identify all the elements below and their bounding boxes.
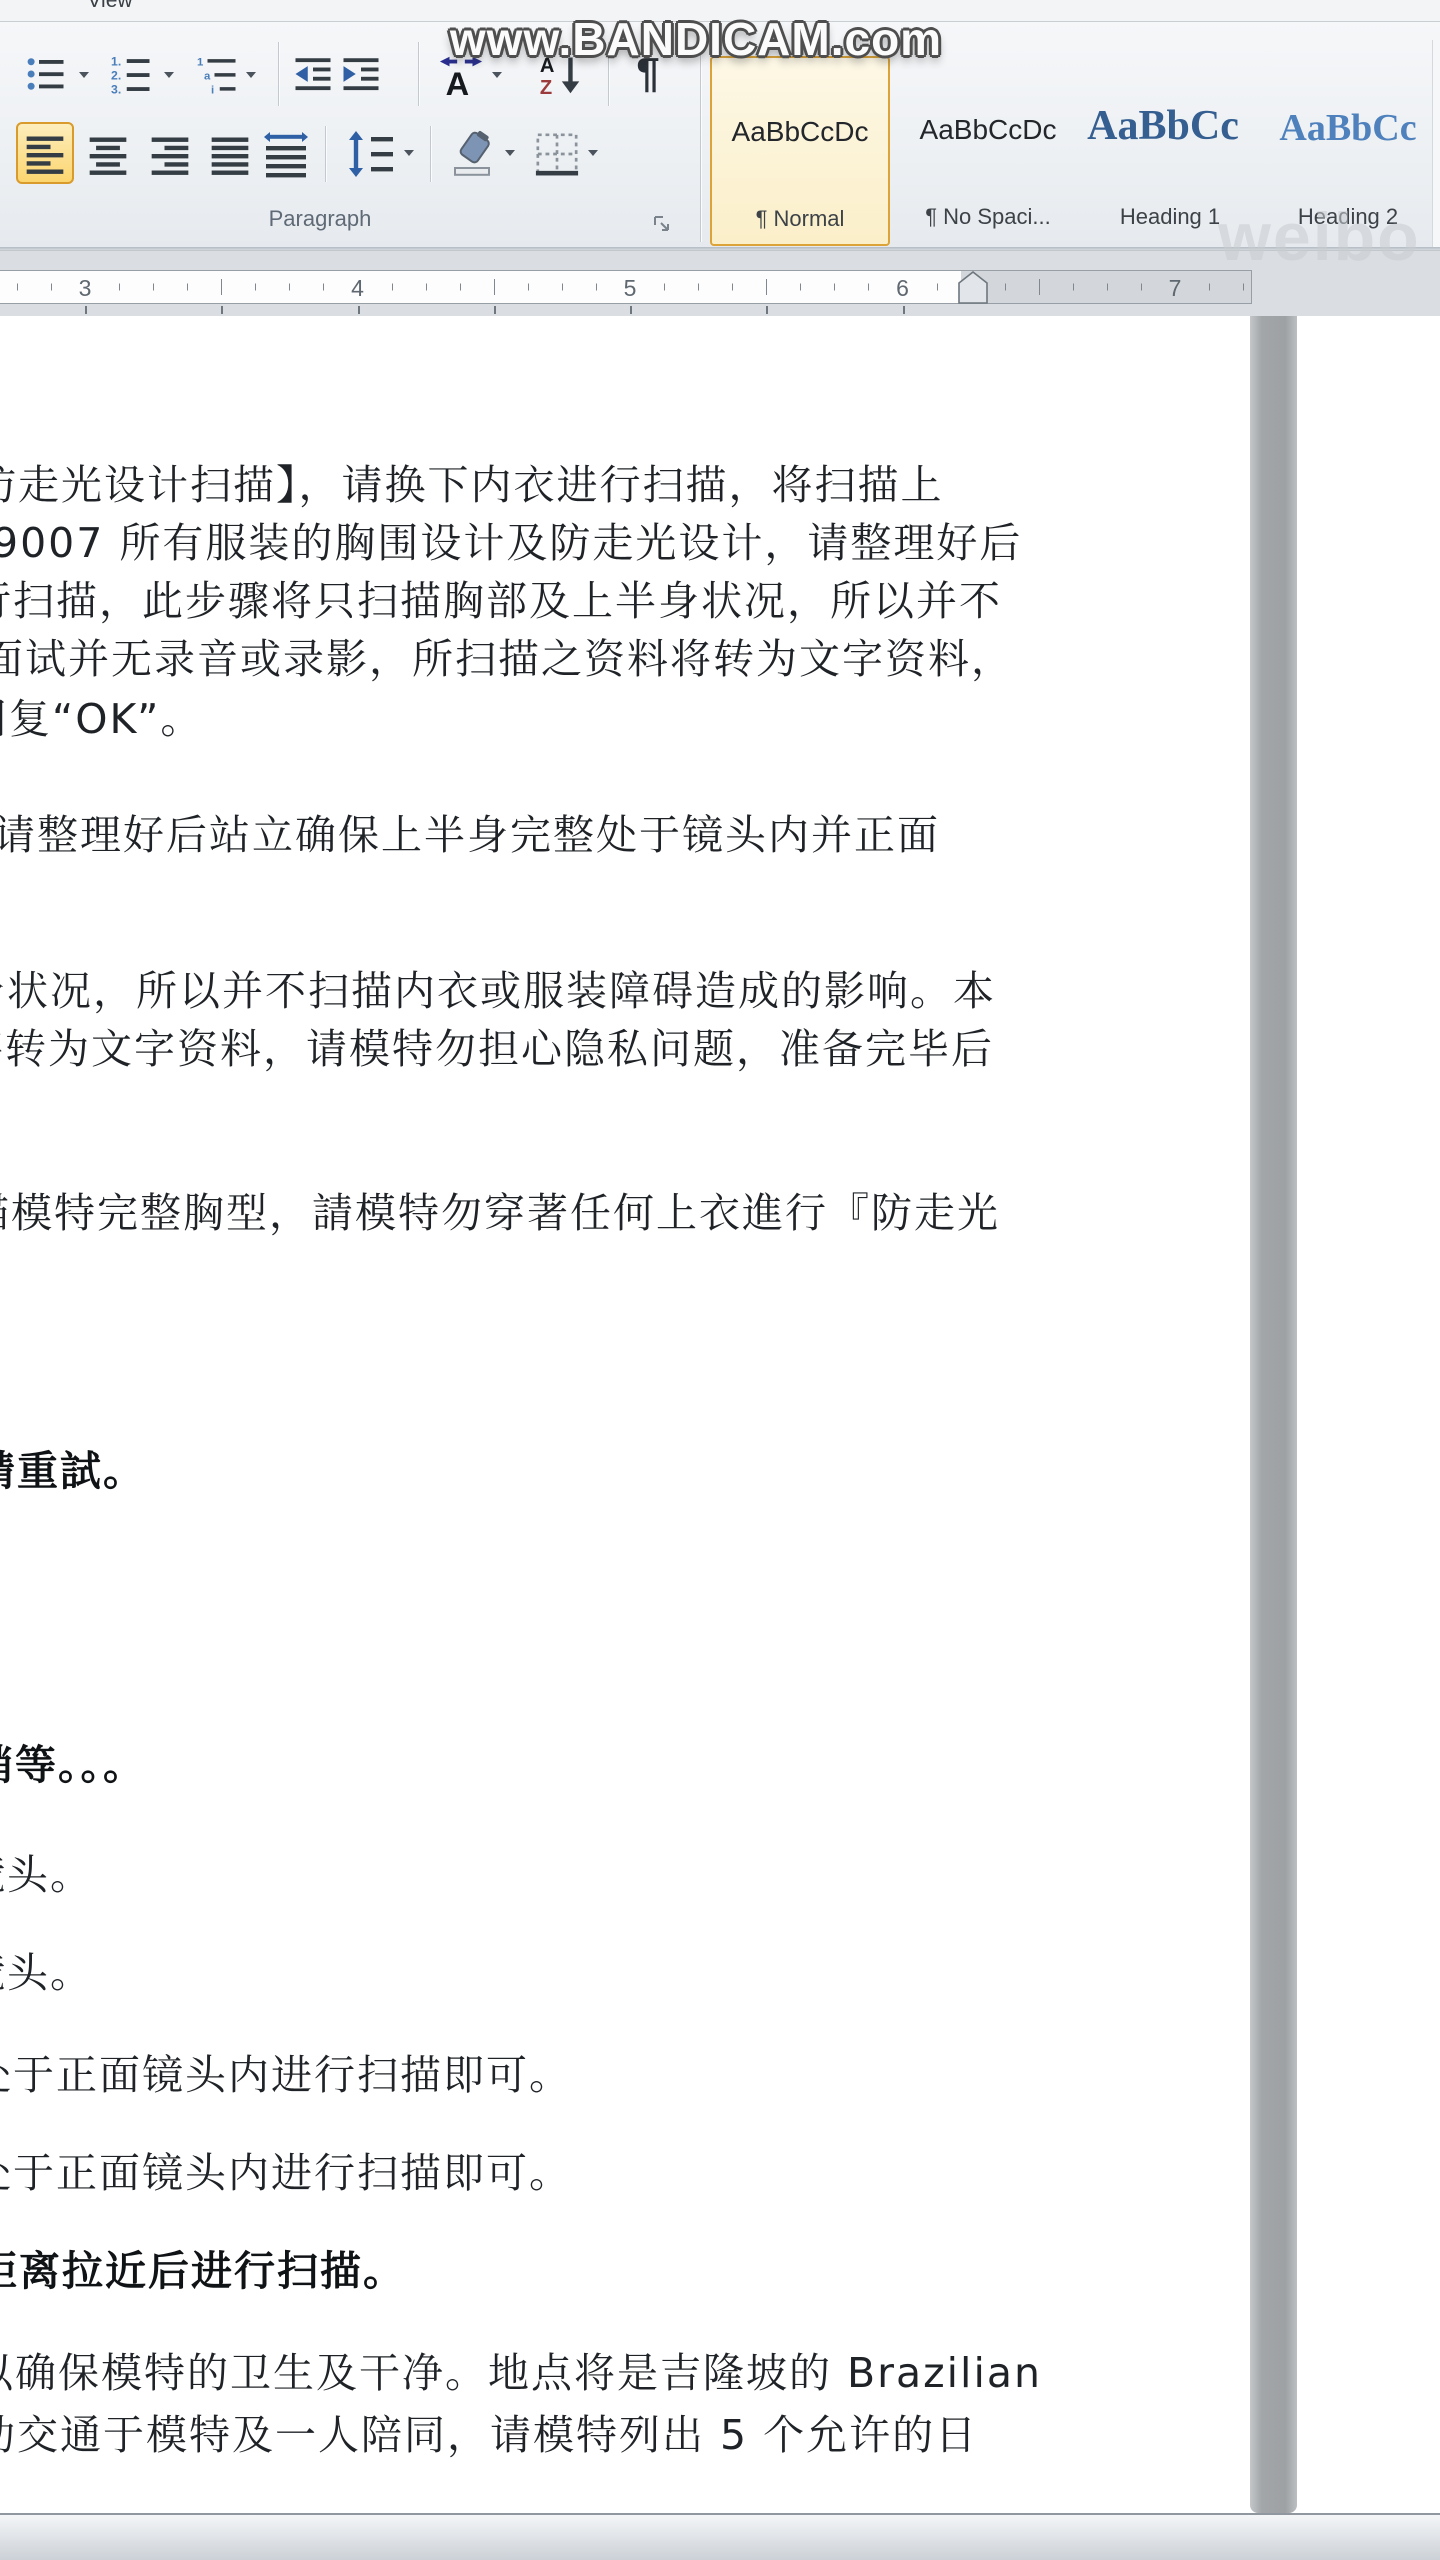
style-sample: AaBbCc — [1264, 106, 1432, 150]
ruler-number: 4 — [351, 275, 364, 302]
line-spacing-icon — [347, 130, 395, 178]
document-text-line: 防走光设计扫描】，请换下内衣进行扫描，将扫描上 — [0, 462, 944, 508]
document-text-line: 助交通于模特及一人陪同，请模特列出 5 个允许的日 — [0, 2412, 978, 2458]
numbering-dropdown[interactable] — [164, 72, 174, 78]
ruler-tick — [766, 279, 767, 295]
ruler-number: 6 — [896, 275, 909, 302]
ruler-tick — [1243, 284, 1244, 291]
style-label: ¶ Normal — [712, 206, 888, 232]
ruler-tick — [289, 284, 290, 291]
shading-icon — [449, 130, 497, 178]
status-bar[interactable] — [0, 2513, 1440, 2560]
ruler-tick — [255, 284, 256, 291]
weibo-watermark: weibo — [1218, 198, 1440, 276]
document-text-line: 销等。。。 — [0, 1742, 146, 1788]
ruler-tick — [17, 284, 18, 291]
paragraph-dialog-launcher[interactable] — [652, 214, 672, 234]
style-chip-no-spacing[interactable]: AaBbCcDc ¶ No Spaci... — [898, 56, 1078, 246]
justify-button[interactable] — [202, 128, 258, 180]
align-left-button[interactable] — [16, 122, 74, 184]
ruler-tick — [1005, 284, 1006, 291]
ruler-tick — [153, 284, 154, 291]
ruler-tick — [562, 284, 563, 291]
style-chip-normal[interactable]: AaBbCcDc ¶ Normal — [710, 56, 890, 246]
align-center-icon — [86, 132, 130, 176]
line-spacing-button[interactable] — [340, 128, 402, 180]
document-text-line: 回复“OK”。 — [0, 696, 203, 742]
decrease-indent-button[interactable] — [290, 50, 336, 98]
multilevel-list-button[interactable]: 1 a i — [190, 50, 246, 98]
document-text-line: 行扫描，此步骤将只扫描胸部及上半身状况，所以并不 — [0, 578, 1002, 624]
horizontal-ruler[interactable]: 34567 — [0, 270, 1252, 304]
document-text-line: 請重試。 — [0, 1448, 146, 1494]
svg-text:1: 1 — [197, 56, 203, 68]
align-left-icon — [23, 131, 67, 175]
align-right-icon — [148, 132, 192, 176]
tab-stop-mark — [630, 306, 632, 314]
ruler-tick — [834, 284, 835, 291]
separator — [430, 126, 431, 182]
ruler-tick — [528, 284, 529, 291]
document-text-line: 描模特完整胸型，請模特勿穿著任何上衣進行『防走光 — [0, 1190, 1000, 1236]
increase-indent-button[interactable] — [338, 50, 384, 98]
svg-text:3.: 3. — [111, 82, 121, 95]
ruler-tick — [868, 284, 869, 291]
shading-button[interactable] — [444, 128, 502, 180]
multilevel-list-icon: 1 a i — [197, 53, 239, 95]
borders-button[interactable] — [528, 128, 586, 180]
shading-dropdown[interactable] — [505, 150, 515, 156]
document-text-line: 镜头。 — [0, 1950, 93, 1996]
document-text-line: 请整理好后站立确保上半身完整处于镜头内并正面 — [0, 812, 940, 858]
paragraph-group-label: Paragraph — [240, 206, 400, 232]
svg-text:1.: 1. — [111, 54, 121, 68]
borders-dropdown[interactable] — [588, 150, 598, 156]
document-text-line: 身状况，所以并不扫描内衣或服装障碍造成的影响。本 — [0, 968, 996, 1014]
tab-stop-mark — [85, 306, 87, 314]
tab-stop-mark — [766, 306, 768, 314]
ruler-tick — [800, 284, 801, 291]
ruler-tick — [698, 284, 699, 291]
ruler-tick — [732, 284, 733, 291]
ruler-number: 5 — [624, 275, 637, 302]
justify-icon — [208, 132, 252, 176]
decrease-indent-icon — [292, 53, 334, 95]
style-sample: AaBbCcDc — [712, 116, 888, 148]
ruler-tick — [221, 279, 222, 295]
tab-stop-mark — [903, 306, 905, 314]
ruler-tick — [494, 279, 495, 295]
ruler-tick — [937, 284, 938, 291]
ruler-tick — [426, 284, 427, 291]
document-text-line: 处于正面镜头内进行扫描即可。 — [0, 2052, 572, 2098]
page-gap-band — [1250, 316, 1297, 2513]
ruler-tick — [596, 284, 597, 291]
tab-stop-mark — [221, 306, 223, 314]
style-sample: AaBbCcDc — [898, 114, 1078, 146]
bullets-icon — [25, 53, 67, 95]
ruler-tick — [119, 284, 120, 291]
tab-view[interactable]: View — [70, 0, 150, 21]
bullets-dropdown[interactable] — [79, 72, 89, 78]
style-sample: AaBbCc — [1082, 102, 1244, 150]
ruler-number: 7 — [1169, 275, 1182, 302]
document-text-line: 处于正面镜头内进行扫描即可。 — [0, 2150, 572, 2196]
distribute-icon — [262, 130, 310, 178]
ruler-tick — [460, 284, 461, 291]
svg-text:i: i — [211, 84, 214, 95]
ruler-number: 3 — [79, 275, 92, 302]
svg-text:A: A — [446, 66, 470, 97]
tab-stop-mark — [358, 306, 360, 314]
document-text-line: 距离拉近后进行扫描。 — [0, 2248, 406, 2294]
separator — [278, 42, 279, 106]
ruler-tick — [323, 284, 324, 291]
bullets-button[interactable] — [16, 50, 76, 98]
ruler-tick — [1107, 284, 1108, 291]
asian-layout-dropdown[interactable] — [492, 72, 502, 78]
ruler-tick — [392, 284, 393, 291]
document-text-line: 将转为文字资料，请模特勿担心隐私问题，准备完毕后 — [0, 1026, 994, 1072]
tab-stop-mark — [494, 306, 496, 314]
align-center-button[interactable] — [80, 128, 136, 180]
ruler-tick — [1141, 284, 1142, 291]
numbering-icon: 1. 2. 3. — [111, 53, 153, 95]
distribute-button[interactable] — [258, 128, 314, 180]
style-label: ¶ No Spaci... — [898, 204, 1078, 230]
ruler-tick — [1209, 284, 1210, 291]
ruler-tick — [1039, 279, 1040, 295]
document-text-line: 面试并无录音或录影，所扫描之资料将转为文字资料， — [0, 636, 1014, 682]
ruler-tick — [51, 284, 52, 291]
multilevel-dropdown[interactable] — [246, 72, 256, 78]
separator — [325, 126, 326, 182]
ruler-tick — [1073, 284, 1074, 291]
right-indent-marker[interactable] — [958, 271, 988, 304]
borders-icon — [534, 131, 580, 177]
document-text-line: 以确保模特的卫生及干净。地点将是吉隆坡的 Brazilian — [0, 2350, 1042, 2396]
increase-indent-icon — [340, 53, 382, 95]
ruler-tick — [187, 284, 188, 291]
bandicam-watermark: www.BANDICAM.com — [396, 12, 996, 66]
align-right-button[interactable] — [142, 128, 198, 180]
document-canvas[interactable]: 防走光设计扫描】，请换下内衣进行扫描，将扫描上9007 所有服装的胸围设计及防走… — [0, 316, 1440, 2513]
ruler-tick — [664, 284, 665, 291]
document-text-line: 9007 所有服装的胸围设计及防走光设计，请整理好后 — [0, 520, 1022, 566]
svg-text:Z: Z — [540, 77, 552, 96]
svg-text:a: a — [204, 70, 211, 82]
page-2 — [1297, 316, 1440, 2513]
line-spacing-dropdown[interactable] — [404, 150, 414, 156]
svg-text:2.: 2. — [111, 68, 121, 82]
word-window: View 1. 2. 3. 1 a i — [0, 0, 1440, 2560]
numbering-button[interactable]: 1. 2. 3. — [104, 50, 160, 98]
document-text-line: 镜头。 — [0, 1852, 93, 1898]
